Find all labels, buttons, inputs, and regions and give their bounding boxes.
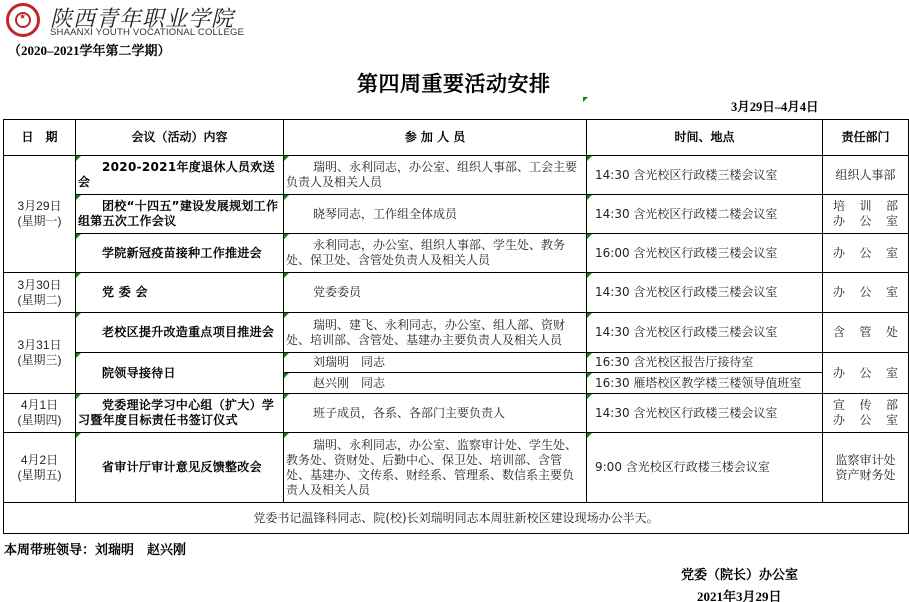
cell-comment-marker bbox=[583, 97, 588, 102]
page-title: 第四周重要活动安排 bbox=[357, 68, 551, 98]
responsible-dept: 办公室 bbox=[823, 273, 909, 313]
event-content: 团校“十四五”建设发展规划工作组第五次工作会议 bbox=[76, 195, 284, 234]
note-text: 党委书记温锋科同志、院(校)长刘瑞明同志本周驻新校区建设现场办公半天。 bbox=[4, 503, 909, 534]
date-cell: 3月30日(星期二) bbox=[4, 273, 76, 313]
participants: 班子成员，各系、各部门主要负责人 bbox=[284, 394, 587, 433]
note-row: 党委书记温锋科同志、院(校)长刘瑞明同志本周驻新校区建设现场办公半天。 bbox=[4, 503, 909, 534]
responsible-dept: 含管处 bbox=[823, 313, 909, 353]
time-place: 14:30 含光校区行政楼三楼会议室 bbox=[587, 273, 823, 313]
college-logo: ★ bbox=[6, 3, 42, 39]
event-content: 老校区提升改造重点项目推进会 bbox=[76, 313, 284, 353]
time-place: 14:30 含光校区行政楼三楼会议室 bbox=[587, 156, 823, 195]
time-place: 14:30 含光校区行政楼三楼会议室 bbox=[587, 394, 823, 433]
table-row: 学院新冠疫苗接种工作推进会 永利同志，办公室、组织人事部、学生处、教务处、保卫处… bbox=[4, 234, 909, 273]
college-name-en: SHAANXI YOUTH VOCATIONAL COLLEGE bbox=[50, 27, 244, 38]
responsible-dept: 办公室 bbox=[823, 353, 909, 394]
table-row: 3月30日(星期二) 党 委 会 党委委员 14:30 含光校区行政楼三楼会议室… bbox=[4, 273, 909, 313]
time-place: 14:30 含光校区行政楼二楼会议室 bbox=[587, 195, 823, 234]
responsible-dept: 培训部 办公室 bbox=[823, 195, 909, 234]
col-header-dept: 责任部门 bbox=[823, 120, 909, 156]
duty-leaders-label: 本周带班领导： bbox=[4, 542, 95, 557]
date-cell: 3月31日(星期三) bbox=[4, 313, 76, 394]
responsible-dept: 监察审计处 资产财务处 bbox=[823, 433, 909, 503]
table-row: 3月31日(星期三) 老校区提升改造重点项目推进会 瑞明、建飞、永利同志，办公室… bbox=[4, 313, 909, 353]
participants: 刘瑞明 同志 bbox=[284, 353, 587, 373]
event-content: 院领导接待日 bbox=[76, 353, 284, 394]
participants: 瑞明、永利同志，办公室、组织人事部、工会主要负责人及相关人员 bbox=[284, 156, 587, 195]
date-cell: 4月2日(星期五) bbox=[4, 433, 76, 503]
responsible-dept: 办公室 bbox=[823, 234, 909, 273]
responsible-dept: 组织人事部 bbox=[823, 156, 909, 195]
semester-label: （2020–2021学年第二学期） bbox=[8, 40, 171, 59]
time-place: 16:30 雁塔校区教学楼三楼领导值班室 bbox=[587, 373, 823, 394]
time-place: 16:00 含光校区行政楼三楼会议室 bbox=[587, 234, 823, 273]
table-row: 4月2日(星期五) 省审计厅审计意见反馈整改会 瑞明、永利同志，办公室、监察审计… bbox=[4, 433, 909, 503]
table-row: 3月29日(星期一) 2020-2021年度退休人员欢送会 瑞明、永利同志，办公… bbox=[4, 156, 909, 195]
participants: 党委委员 bbox=[284, 273, 587, 313]
event-content: 党 委 会 bbox=[76, 273, 284, 313]
responsible-dept: 宣传部 办公室 bbox=[823, 394, 909, 433]
duty-leaders: 本周带班领导：刘瑞明 赵兴刚 bbox=[4, 539, 186, 558]
participants: 晓琴同志，工作组全体成员 bbox=[284, 195, 587, 234]
time-place: 9:00 含光校区行政楼三楼会议室 bbox=[587, 433, 823, 503]
participants: 瑞明、永利同志，办公室、监察审计处、学生处、教务处、资财处、后勤中心、保卫处、培… bbox=[284, 433, 587, 503]
table-row: 团校“十四五”建设发展规划工作组第五次工作会议 晓琴同志，工作组全体成员 14:… bbox=[4, 195, 909, 234]
table-row: 4月1日(星期四) 党委理论学习中心组（扩大）学习暨年度目标责任书签订仪式 班子… bbox=[4, 394, 909, 433]
col-header-time-place: 时间、地点 bbox=[587, 120, 823, 156]
date-range: 3月29日–4月4日 bbox=[731, 97, 819, 115]
time-place: 16:30 含光校区报告厅接待室 bbox=[587, 353, 823, 373]
col-header-participants: 参 加 人 员 bbox=[284, 120, 587, 156]
schedule-table: 日 期 会议（活动）内容 参 加 人 员 时间、地点 责任部门 3月29日(星期… bbox=[3, 119, 909, 534]
col-header-content: 会议（活动）内容 bbox=[76, 120, 284, 156]
col-header-date: 日 期 bbox=[4, 120, 76, 156]
issue-date: 2021年3月29日 bbox=[697, 586, 782, 602]
event-content: 学院新冠疫苗接种工作推进会 bbox=[76, 234, 284, 273]
participants: 永利同志，办公室、组织人事部、学生处、教务处、保卫处、含管处负责人及相关人员 bbox=[284, 234, 587, 273]
participants: 赵兴刚 同志 bbox=[284, 373, 587, 394]
event-content: 省审计厅审计意见反馈整改会 bbox=[76, 433, 284, 503]
star-icon: ★ bbox=[19, 13, 26, 21]
date-cell: 3月29日(星期一) bbox=[4, 156, 76, 273]
participants: 瑞明、建飞、永利同志，办公室、组人部、资财处、培训部、含管处、基建办主要负责人及… bbox=[284, 313, 587, 353]
time-place: 14:30 含光校区行政楼三楼会议室 bbox=[587, 313, 823, 353]
event-content: 2020-2021年度退休人员欢送会 bbox=[76, 156, 284, 195]
issuing-office: 党委（院长）办公室 bbox=[681, 564, 798, 583]
table-row: 院领导接待日 刘瑞明 同志 16:30 含光校区报告厅接待室 办公室 bbox=[4, 353, 909, 373]
table-header-row: 日 期 会议（活动）内容 参 加 人 员 时间、地点 责任部门 bbox=[4, 120, 909, 156]
event-content: 党委理论学习中心组（扩大）学习暨年度目标责任书签订仪式 bbox=[76, 394, 284, 433]
duty-leaders-names: 刘瑞明 赵兴刚 bbox=[95, 542, 186, 557]
date-cell: 4月1日(星期四) bbox=[4, 394, 76, 433]
